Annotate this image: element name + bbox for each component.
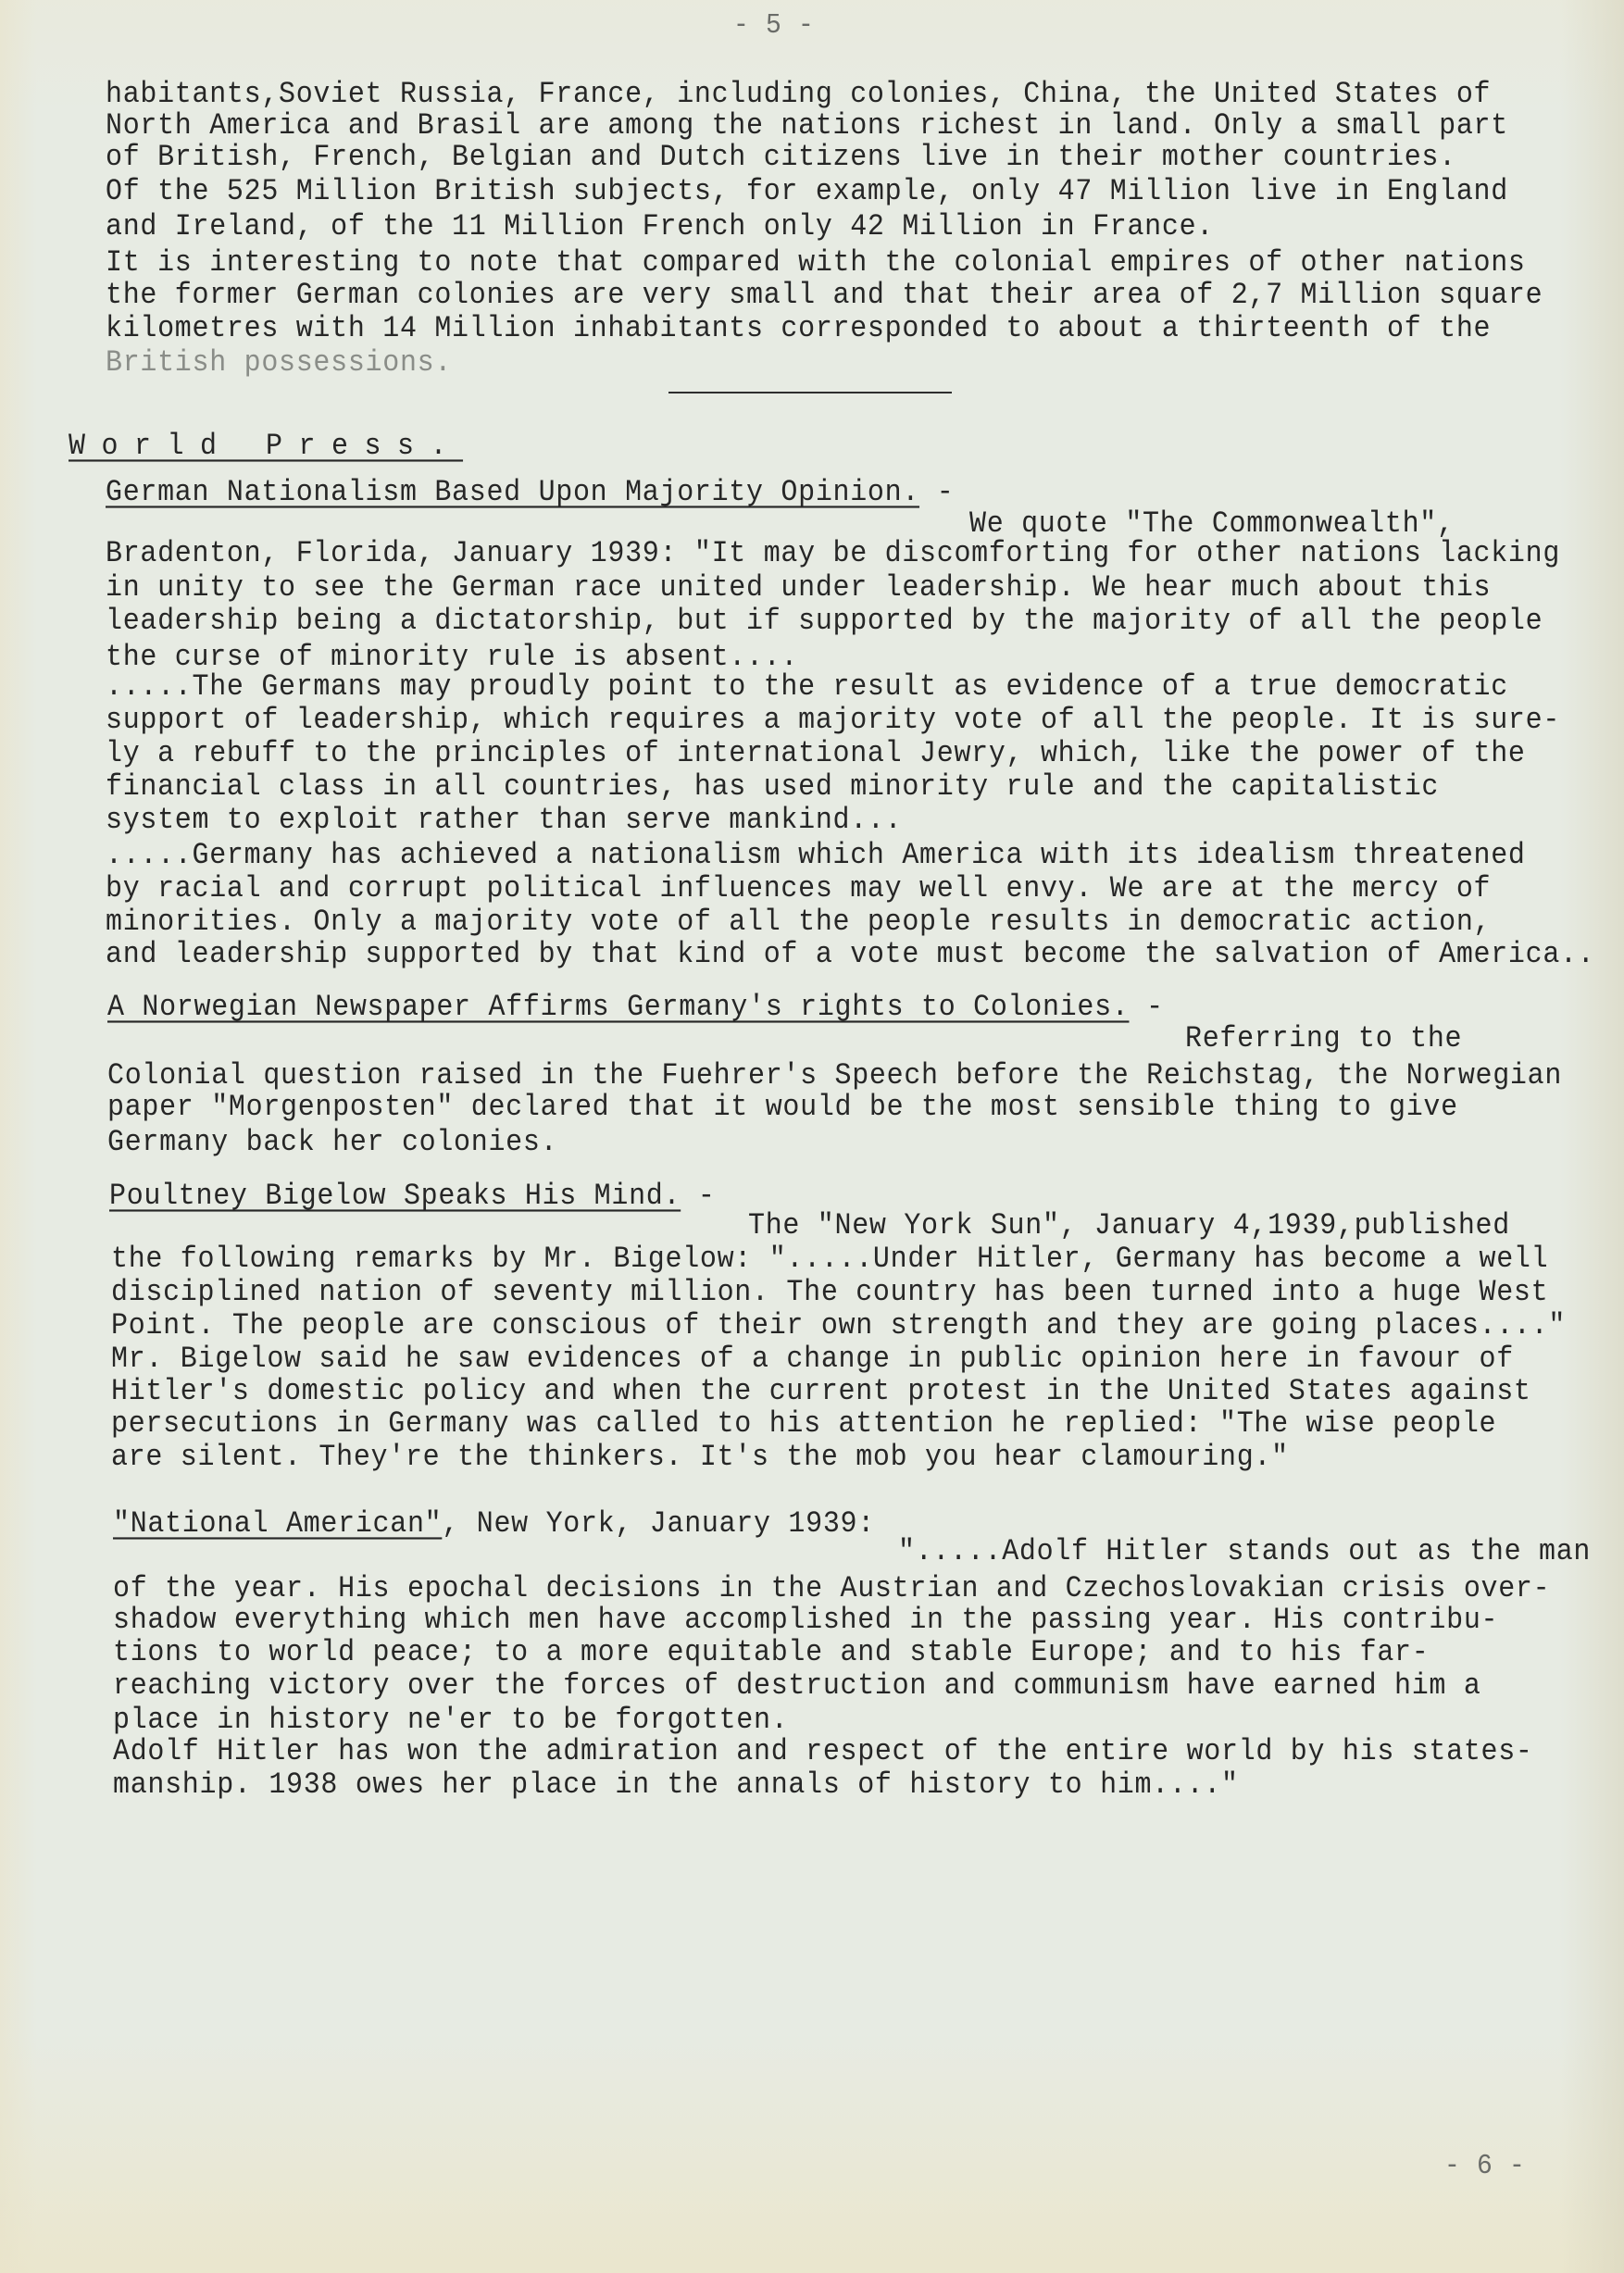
article-heading: "National American"	[113, 1507, 442, 1542]
text-line: Of the 525 Million British subjects, for…	[106, 175, 1508, 209]
article-lead: The "New York Sun", January 4,1939,publi…	[748, 1209, 1510, 1243]
text-line: .....The Germans may proudly point to th…	[106, 670, 1508, 705]
text-line: North America and Brasil are among the n…	[106, 109, 1508, 144]
text-line: financial class in all countries, has us…	[106, 770, 1439, 805]
text-line: minorities. Only a majority vote of all …	[106, 905, 1491, 940]
article-heading-line: "National American", New York, January 1…	[113, 1507, 875, 1542]
text-line: kilometres with 14 Million inhabitants c…	[106, 312, 1491, 346]
text-line: the former German colonies are very smal…	[106, 279, 1543, 313]
text-line: system to exploit rather than serve mank…	[106, 804, 902, 838]
text-line: Mr. Bigelow said he saw evidences of a c…	[111, 1343, 1514, 1377]
text-line: of the year. His epochal decisions in th…	[113, 1572, 1550, 1606]
text-line: Bradenton, Florida, January 1939: "It ma…	[106, 537, 1560, 571]
text-line: Hitler's domestic policy and when the cu…	[111, 1375, 1531, 1409]
text-line: of British, French, Belgian and Dutch ci…	[106, 141, 1456, 175]
article-heading: A Norwegian Newspaper Affirms Germany's …	[107, 991, 1129, 1025]
text-line: British possessions.	[106, 346, 452, 381]
text-line: Germany back her colonies.	[107, 1126, 557, 1160]
article-lead: Referring to the	[1185, 1022, 1462, 1056]
article-heading: Poultney Bigelow Speaks His Mind.	[109, 1180, 681, 1214]
section-divider	[668, 392, 952, 393]
page-number-bottom: - 6 -	[1444, 2150, 1526, 2184]
text-line: in unity to see the German race united u…	[106, 571, 1491, 606]
text-line: manship. 1938 owes her place in the anna…	[113, 1768, 1239, 1803]
heading-dash: -	[1129, 991, 1163, 1025]
text-line: ly a rebuff to the principles of interna…	[106, 737, 1526, 771]
text-line: leadership being a dictatorship, but if …	[106, 605, 1543, 639]
article-heading-line: A Norwegian Newspaper Affirms Germany's …	[107, 991, 1164, 1025]
text-line: place in history ne'er to be forgotten.	[113, 1704, 788, 1738]
text-line: shadow everything which men have accompl…	[113, 1604, 1498, 1638]
text-line: reaching victory over the forces of dest…	[113, 1669, 1481, 1704]
heading-dash: -	[919, 476, 954, 510]
text-line: paper "Morgenposten" declared that it wo…	[107, 1091, 1458, 1125]
text-line: Adolf Hitler has won the admiration and …	[113, 1735, 1533, 1769]
text-line: and leadership supported by that kind of…	[106, 938, 1594, 972]
text-line: Point. The people are conscious of their…	[111, 1309, 1566, 1343]
text-line: are silent. They're the thinkers. It's t…	[111, 1441, 1289, 1475]
text-line: persecutions in Germany was called to hi…	[111, 1407, 1496, 1442]
text-line: the following remarks by Mr. Bigelow: ".…	[111, 1243, 1548, 1277]
article-heading: German Nationalism Based Upon Majority O…	[106, 476, 919, 510]
text-line: support of leadership, which requires a …	[106, 704, 1560, 738]
text-line: It is interesting to note that compared …	[106, 246, 1526, 281]
heading-source: , New York, January 1939:	[442, 1507, 875, 1542]
text-line: by racial and corrupt political influenc…	[106, 872, 1491, 906]
article-heading-line: German Nationalism Based Upon Majority O…	[106, 476, 954, 510]
heading-dash: -	[681, 1180, 715, 1214]
article-lead: ".....Adolf Hitler stands out as the man	[898, 1535, 1591, 1569]
article-heading-line: Poultney Bigelow Speaks His Mind. -	[109, 1180, 716, 1214]
section-title: World Press.	[69, 430, 463, 464]
page-number-top: - 5 -	[733, 9, 815, 44]
text-line: Colonial question raised in the Fuehrer'…	[107, 1059, 1562, 1093]
text-line: disciplined nation of seventy million. T…	[111, 1276, 1548, 1310]
text-line: habitants,Soviet Russia, France, includi…	[106, 78, 1491, 112]
text-line: .....Germany has achieved a nationalism …	[106, 839, 1526, 873]
text-line: tions to world peace; to a more equitabl…	[113, 1636, 1429, 1670]
text-line: and Ireland, of the 11 Million French on…	[106, 210, 1214, 244]
